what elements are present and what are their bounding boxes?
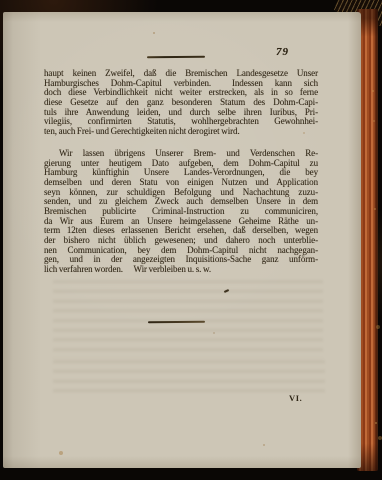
- paragraph-1: haupt keinen Zweifel, daß die Bremischen…: [44, 69, 318, 137]
- show-through-texture: [53, 280, 323, 358]
- paper-specks: [153, 32, 155, 34]
- signature-mark: VI.: [289, 393, 302, 403]
- show-through-texture: [53, 360, 325, 394]
- page-number: 79: [276, 46, 289, 58]
- header-rule: [147, 56, 205, 58]
- book-page: 79 haupt keinen Zweifel, daß die Bremisc…: [3, 12, 361, 468]
- text-line: ten, auch Frei- und Gerechtigkeiten nich…: [44, 127, 318, 137]
- text-line: lich verfahren worden. Wir verbleiben u.…: [44, 265, 318, 275]
- edge-flecks: [372, 90, 374, 92]
- paragraph-2: Wir lassen übrigens Unserer Brem- und Ve…: [44, 149, 318, 275]
- text-block: haupt keinen Zweifel, daß die Bremischen…: [44, 69, 318, 275]
- book-photo: 79 haupt keinen Zweifel, daß die Bremisc…: [0, 0, 382, 480]
